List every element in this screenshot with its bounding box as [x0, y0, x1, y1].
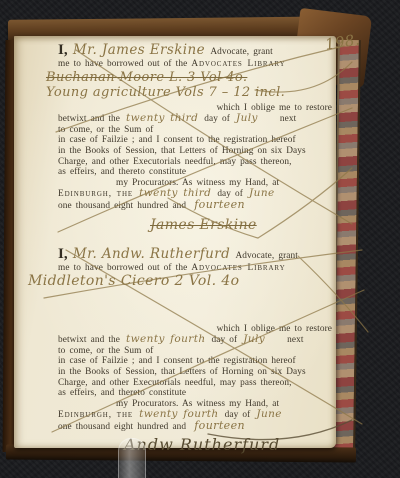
- entry1-book-title-struck: Buchanan Moore L. 3 Vol 4o.: [46, 70, 334, 85]
- entry1-edinburgh: Edinburgh, the: [58, 189, 133, 199]
- entry1-charge-line: Charge, and other Executorials needful, …: [58, 157, 334, 168]
- entry2-restore-month: July: [243, 333, 265, 345]
- entry1-effeirs-line: as effeirs, and thereto constitute: [58, 167, 334, 178]
- entry2-year-line: one thousand eight hundred and fourteen: [58, 421, 334, 433]
- entry2-borrower-name: Mr. Andw. Rutherfurd: [73, 246, 230, 262]
- entry2-year-hand: fourteen: [194, 419, 245, 432]
- entry1-book-title: Young agriculture Vols 7 – 12 incl.: [46, 85, 334, 100]
- entry2-restore-date-line: betwixt and the twenty fourth day of Jul…: [58, 334, 334, 346]
- entry1-failzie-line: in case of Failzie ; and I consent to th…: [58, 135, 334, 146]
- entry1-library-name: Advocates Library: [191, 59, 285, 69]
- spacer: [58, 289, 334, 324]
- entry2-edinburgh: Edinburgh, the: [58, 410, 133, 420]
- borrow-entry-erskine: I, Mr. James Erskine Advocate, grant me …: [58, 42, 334, 233]
- entry1-session-line: in the Books of Session, that Letters of…: [58, 146, 334, 157]
- book-marbled-fore-edge: [332, 40, 361, 452]
- entry1-betwixt: betwixt and the: [58, 114, 120, 124]
- entry2-library-name: Advocates Library: [191, 263, 285, 273]
- entry2-opening-line: I, Mr. Andw. Rutherfurd Advocate, grant: [58, 246, 334, 263]
- entry2-betwixt: betwixt and the: [58, 335, 120, 345]
- entry2-advocate-grant: Advocate, grant: [235, 251, 297, 261]
- entry2-year-printed: one thousand eight hundred and: [58, 422, 186, 432]
- entry1-opening-line: I, Mr. James Erskine Advocate, grant: [58, 42, 334, 59]
- entry2-next: next: [287, 335, 303, 345]
- entry1-advocate-grant: Advocate, grant: [210, 47, 272, 57]
- entry2-sign-month: June: [256, 408, 282, 420]
- entry2-restore-day: twenty fourth: [126, 333, 205, 345]
- entry1-borrower-name: Mr. James Erskine: [73, 42, 205, 58]
- entry2-book-title: Middleton's Cicero 2 Vol. 4o: [28, 274, 334, 289]
- entry1-restore-date-line: betwixt and the twenty third day of July…: [58, 113, 334, 125]
- entry1-restore-day: twenty third: [126, 112, 198, 124]
- register-photo: 198. I, Mr. James Erskine Advocate, gran…: [0, 0, 400, 478]
- entry2-initial: I,: [58, 246, 68, 262]
- entry1-next: next: [280, 114, 296, 124]
- entry2-day-of: day of: [212, 335, 238, 345]
- entry1-year-printed: one thousand eight hundred and: [58, 201, 186, 211]
- borrow-entry-rutherfurd: I, Mr. Andw. Rutherfurd Advocate, grant …: [58, 246, 334, 454]
- entry2-session-line: in the Books of Session, that Letters of…: [58, 367, 334, 378]
- entry1-day-of: day of: [204, 114, 230, 124]
- entry1-restore-month: July: [236, 112, 258, 124]
- entry1-initial: I,: [58, 42, 68, 58]
- entry1-signature: James Erskine: [150, 217, 334, 233]
- entry2-borrowed-text: me to have borrowed out of the: [58, 263, 187, 273]
- entry1-borrowed-text: me to have borrowed out of the: [58, 59, 187, 69]
- entry2-signature: Andw Rutherfurd: [124, 435, 334, 454]
- entry2-effeirs-line: as effeirs, and thereto constitute: [58, 388, 334, 399]
- entry2-failzie-line: in case of Failzie ; and I consent to th…: [58, 356, 334, 367]
- entry1-borrowed-line: me to have borrowed out of the Advocates…: [58, 59, 334, 70]
- entry1-sum-line: to come, or the Sum of: [58, 125, 334, 136]
- entry1-sign-month: June: [249, 187, 275, 199]
- entry2-borrowed-line: me to have borrowed out of the Advocates…: [58, 263, 334, 274]
- entry1-year-line: one thousand eight hundred and fourteen: [58, 200, 334, 212]
- entry2-charge-line: Charge, and other Executorials needful, …: [58, 378, 334, 389]
- entry1-year-hand: fourteen: [194, 198, 245, 211]
- page-holder-clip: [118, 438, 146, 478]
- entry2-sum-line: to come, or the Sum of: [58, 346, 334, 357]
